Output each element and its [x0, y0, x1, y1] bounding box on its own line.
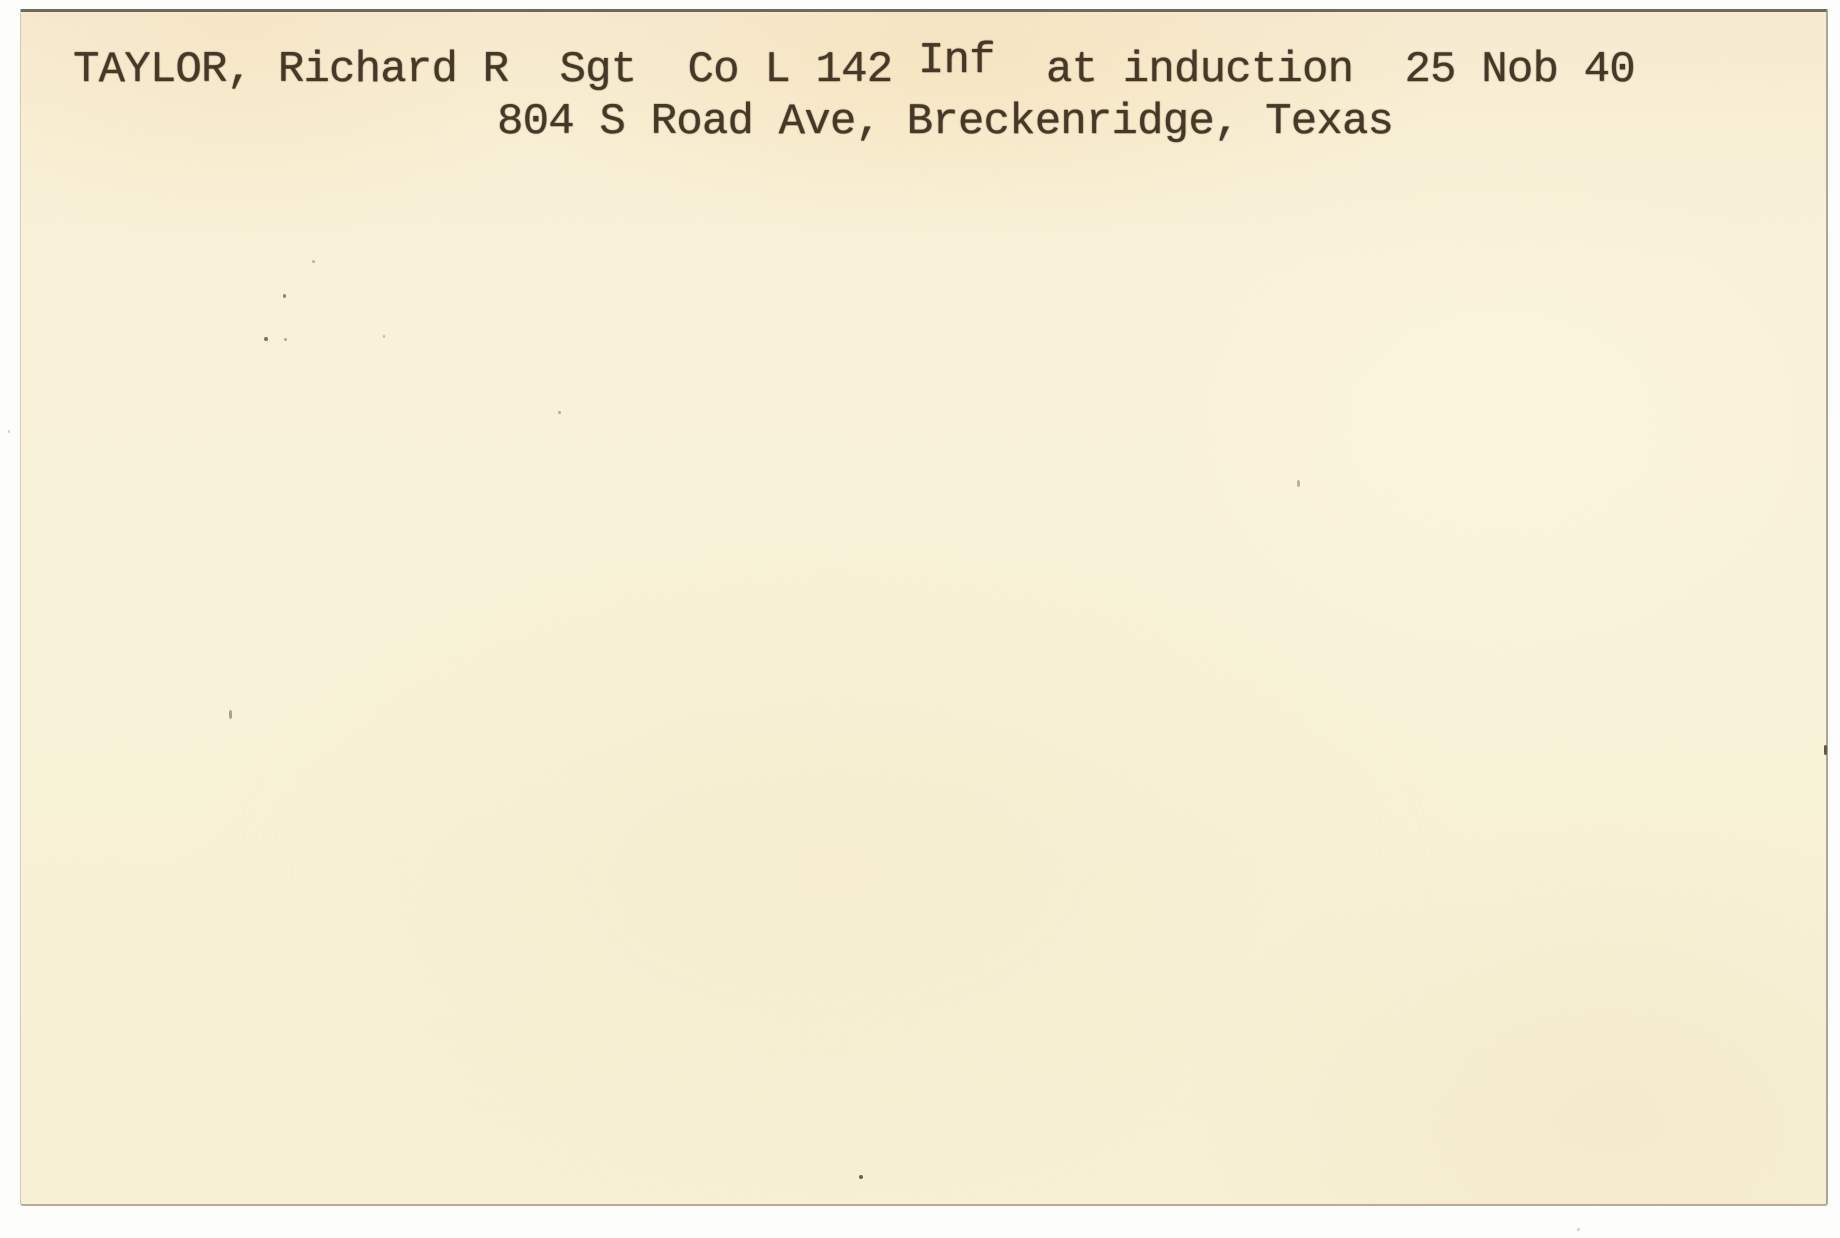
scan-speck: [312, 260, 315, 263]
scan-speck: [284, 338, 287, 341]
scan-speck: [1824, 745, 1827, 755]
infantry-superscript-text: Inf: [918, 36, 995, 87]
induction-date-text: at induction 25 Nob 40: [995, 45, 1635, 95]
scan-speck: [283, 294, 286, 298]
scan-speck: [558, 411, 561, 414]
scanner-background: TAYLOR, Richard R Sgt Co L 142 Inf at in…: [0, 0, 1840, 1238]
scan-speck: [383, 335, 385, 338]
index-card: TAYLOR, Richard R Sgt Co L 142 Inf at in…: [20, 9, 1828, 1206]
scan-speck: [8, 430, 10, 433]
scan-speck: [1297, 480, 1300, 487]
scan-speck: [229, 710, 232, 719]
name-rank-unit-text: TAYLOR, Richard R Sgt Co L 142: [73, 45, 918, 95]
typed-line-name-rank-unit: TAYLOR, Richard R Sgt Co L 142 Inf at in…: [73, 45, 1635, 96]
scan-speck: [1577, 1228, 1580, 1231]
scan-speck: [859, 1175, 863, 1179]
address-text: 804 S Road Ave, Breckenridge, Texas: [497, 97, 1393, 147]
scan-speck: [264, 337, 268, 341]
typed-line-address: 804 S Road Ave, Breckenridge, Texas: [497, 97, 1393, 148]
